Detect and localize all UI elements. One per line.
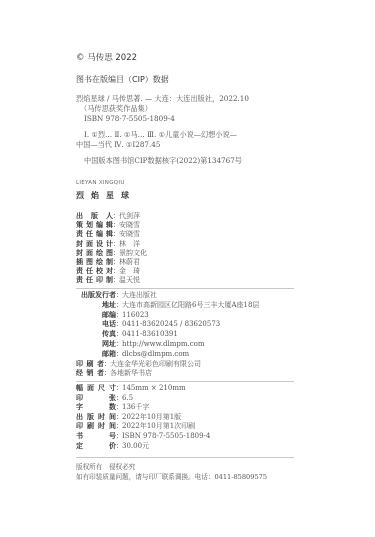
cip-line-series: （马传思获奖作品集）	[80, 104, 152, 114]
publisher-info: 出版发行者：大连出版社 地址：大连市高新园区亿阳路6号三丰大厦A座18层 邮编：…	[76, 291, 259, 379]
pub-label: 传真	[76, 330, 116, 340]
credit-value: 林 洋	[119, 240, 140, 249]
credit-label: 责任编辑	[76, 230, 113, 239]
spec-row-price: 定价：30.00元	[76, 442, 210, 452]
credit-label: 责任印制	[76, 276, 113, 285]
footer-notice: 版权所有 侵权必究 如有印装质量问题，请与印厂联系调换。电话：0411-8580…	[76, 462, 267, 482]
pub-label: 邮编	[76, 311, 116, 321]
divider	[76, 381, 294, 382]
pub-label: 地址	[76, 301, 116, 311]
credit-value: 景韵文化	[119, 249, 147, 258]
pub-row-address: 地址：大连市高新园区亿阳路6号三丰大厦A座18层	[76, 301, 259, 311]
cip-line-subjects: Ⅰ. ①烈… Ⅱ. ①马… Ⅲ. ①儿童小说—幻想小说—	[84, 130, 237, 140]
spec-value: 30.00元	[122, 442, 149, 452]
spec-value: 2022年10月第1版	[122, 413, 181, 423]
credit-label: 插图绘制	[76, 258, 113, 267]
spec-row-print-date: 印刷时间：2022年10月第1次印刷	[76, 422, 210, 432]
cip-line-isbn: ISBN 978-7-5505-1809-4	[84, 114, 175, 124]
book-title-pinyin: LIEYAN XINGQIU	[76, 180, 125, 186]
rights-statement: 版权所有 侵权必究	[76, 462, 267, 472]
pub-row-website: 网址：http://www.dlmpm.com	[76, 340, 259, 350]
pub-label: 经销者	[76, 369, 104, 379]
cip-line-title: 烈焰星球 / 马传思著. — 大连：大连出版社，2022.10	[76, 94, 249, 104]
spec-label: 印张	[76, 394, 116, 404]
pub-label: 邮箱	[76, 350, 116, 360]
pub-row-fax: 传真：0411-83610391	[76, 330, 259, 340]
spec-label: 出版时间	[76, 413, 116, 423]
divider	[76, 288, 294, 289]
pub-value: 各地新华书店	[110, 369, 152, 379]
spec-row-format: 幅面尺寸：145mm × 210mm	[76, 384, 210, 394]
pub-value: 大连出版社	[122, 291, 157, 301]
spec-value: 6.5	[122, 394, 133, 404]
spec-value: 145mm × 210mm	[122, 384, 186, 394]
spec-label: 幅面尺寸	[76, 384, 116, 394]
pub-label: 印刷者	[76, 360, 104, 370]
book-specs: 幅面尺寸：145mm × 210mm 印张：6.5 字数：136千字 出版时间：…	[76, 384, 210, 451]
spec-label: 印刷时间	[76, 422, 116, 432]
pub-row-email: 邮箱：dlcbs@dlmpm.com	[76, 350, 259, 360]
spec-row-sheets: 印张：6.5	[76, 394, 210, 404]
credit-label: 出版人	[76, 212, 113, 221]
divider	[76, 457, 294, 458]
spec-row-publish-date: 出版时间：2022年10月第1版	[76, 413, 210, 423]
pub-row-distributor: 经销者：各地新华书店	[76, 369, 259, 379]
website-link[interactable]: http://www.dlmpm.com	[122, 340, 205, 350]
pub-value: 大连金华光彩色印刷有限公司	[110, 360, 201, 370]
credit-value: 代剑萍	[119, 212, 140, 221]
credit-value: 温天悦	[119, 276, 140, 285]
credit-row-cover-illustration: 封面绘图：景韵文化	[76, 249, 147, 258]
spec-label: 定价	[76, 442, 116, 452]
pub-value: 0411-83620245 / 83620573	[122, 320, 220, 330]
spec-label: 字数	[76, 403, 116, 413]
pub-label: 电话	[76, 320, 116, 330]
pub-row-printer: 印刷者：大连金华光彩色印刷有限公司	[76, 360, 259, 370]
credit-row-responsible-editor: 责任编辑：安晓雪	[76, 230, 147, 239]
pub-value: 大连市高新园区亿阳路6号三丰大厦A座18层	[122, 301, 259, 311]
credit-row-print-supervisor: 责任印制：温天悦	[76, 276, 147, 285]
credit-value: 安晓雪	[119, 230, 140, 239]
pub-row-postcode: 邮编：116023	[76, 311, 259, 321]
credit-label: 封面绘图	[76, 249, 113, 258]
credits-list: 出版人：代剑萍 策划编辑：安晓雪 责任编辑：安晓雪 封面设计：林 洋 封面绘图：…	[76, 212, 147, 286]
credit-row-publisher: 出版人：代剑萍	[76, 212, 147, 221]
spec-row-isbn: 书号：ISBN 978-7-5505-1809-4	[76, 432, 210, 442]
credit-value: 林蔚君	[119, 258, 140, 267]
email-link[interactable]: dlcbs@dlmpm.com	[122, 350, 189, 360]
spec-value: 136千字	[122, 403, 149, 413]
credit-row-illustrations: 插图绘制：林蔚君	[76, 258, 147, 267]
cip-heading: 图书在版编目（CIP）数据	[76, 74, 169, 85]
credit-row-cover-design: 封面设计：林 洋	[76, 240, 147, 249]
spec-value: ISBN 978-7-5505-1809-4	[122, 432, 210, 442]
spec-value: 2022年10月第1次印刷	[122, 422, 195, 432]
spec-label: 书号	[76, 432, 116, 442]
copyright-page: © 马传思 2022 图书在版编目（CIP）数据 烈焰星球 / 马传思著. — …	[0, 0, 375, 537]
pub-label: 出版发行者	[76, 291, 116, 301]
book-title: 烈焰星球	[76, 190, 136, 201]
pub-row-publisher: 出版发行者：大连出版社	[76, 291, 259, 301]
pub-label: 网址	[76, 340, 116, 350]
credit-label: 封面设计	[76, 240, 113, 249]
quality-notice: 如有印装质量问题，请与印厂联系调换。电话：0411-85809575	[76, 472, 267, 482]
cip-line-record-number: 中国版本图书馆CIP数据核字(2022)第134767号	[84, 156, 242, 166]
pub-row-phone: 电话：0411-83620245 / 83620573	[76, 320, 259, 330]
spec-row-word-count: 字数：136千字	[76, 403, 210, 413]
cip-line-classification: 中国—当代 Ⅳ. ①I287.45	[76, 140, 160, 150]
pub-value: 116023	[122, 311, 149, 321]
pub-value: 0411-83610391	[122, 330, 178, 340]
copyright-notice: © 马传思 2022	[76, 51, 137, 63]
